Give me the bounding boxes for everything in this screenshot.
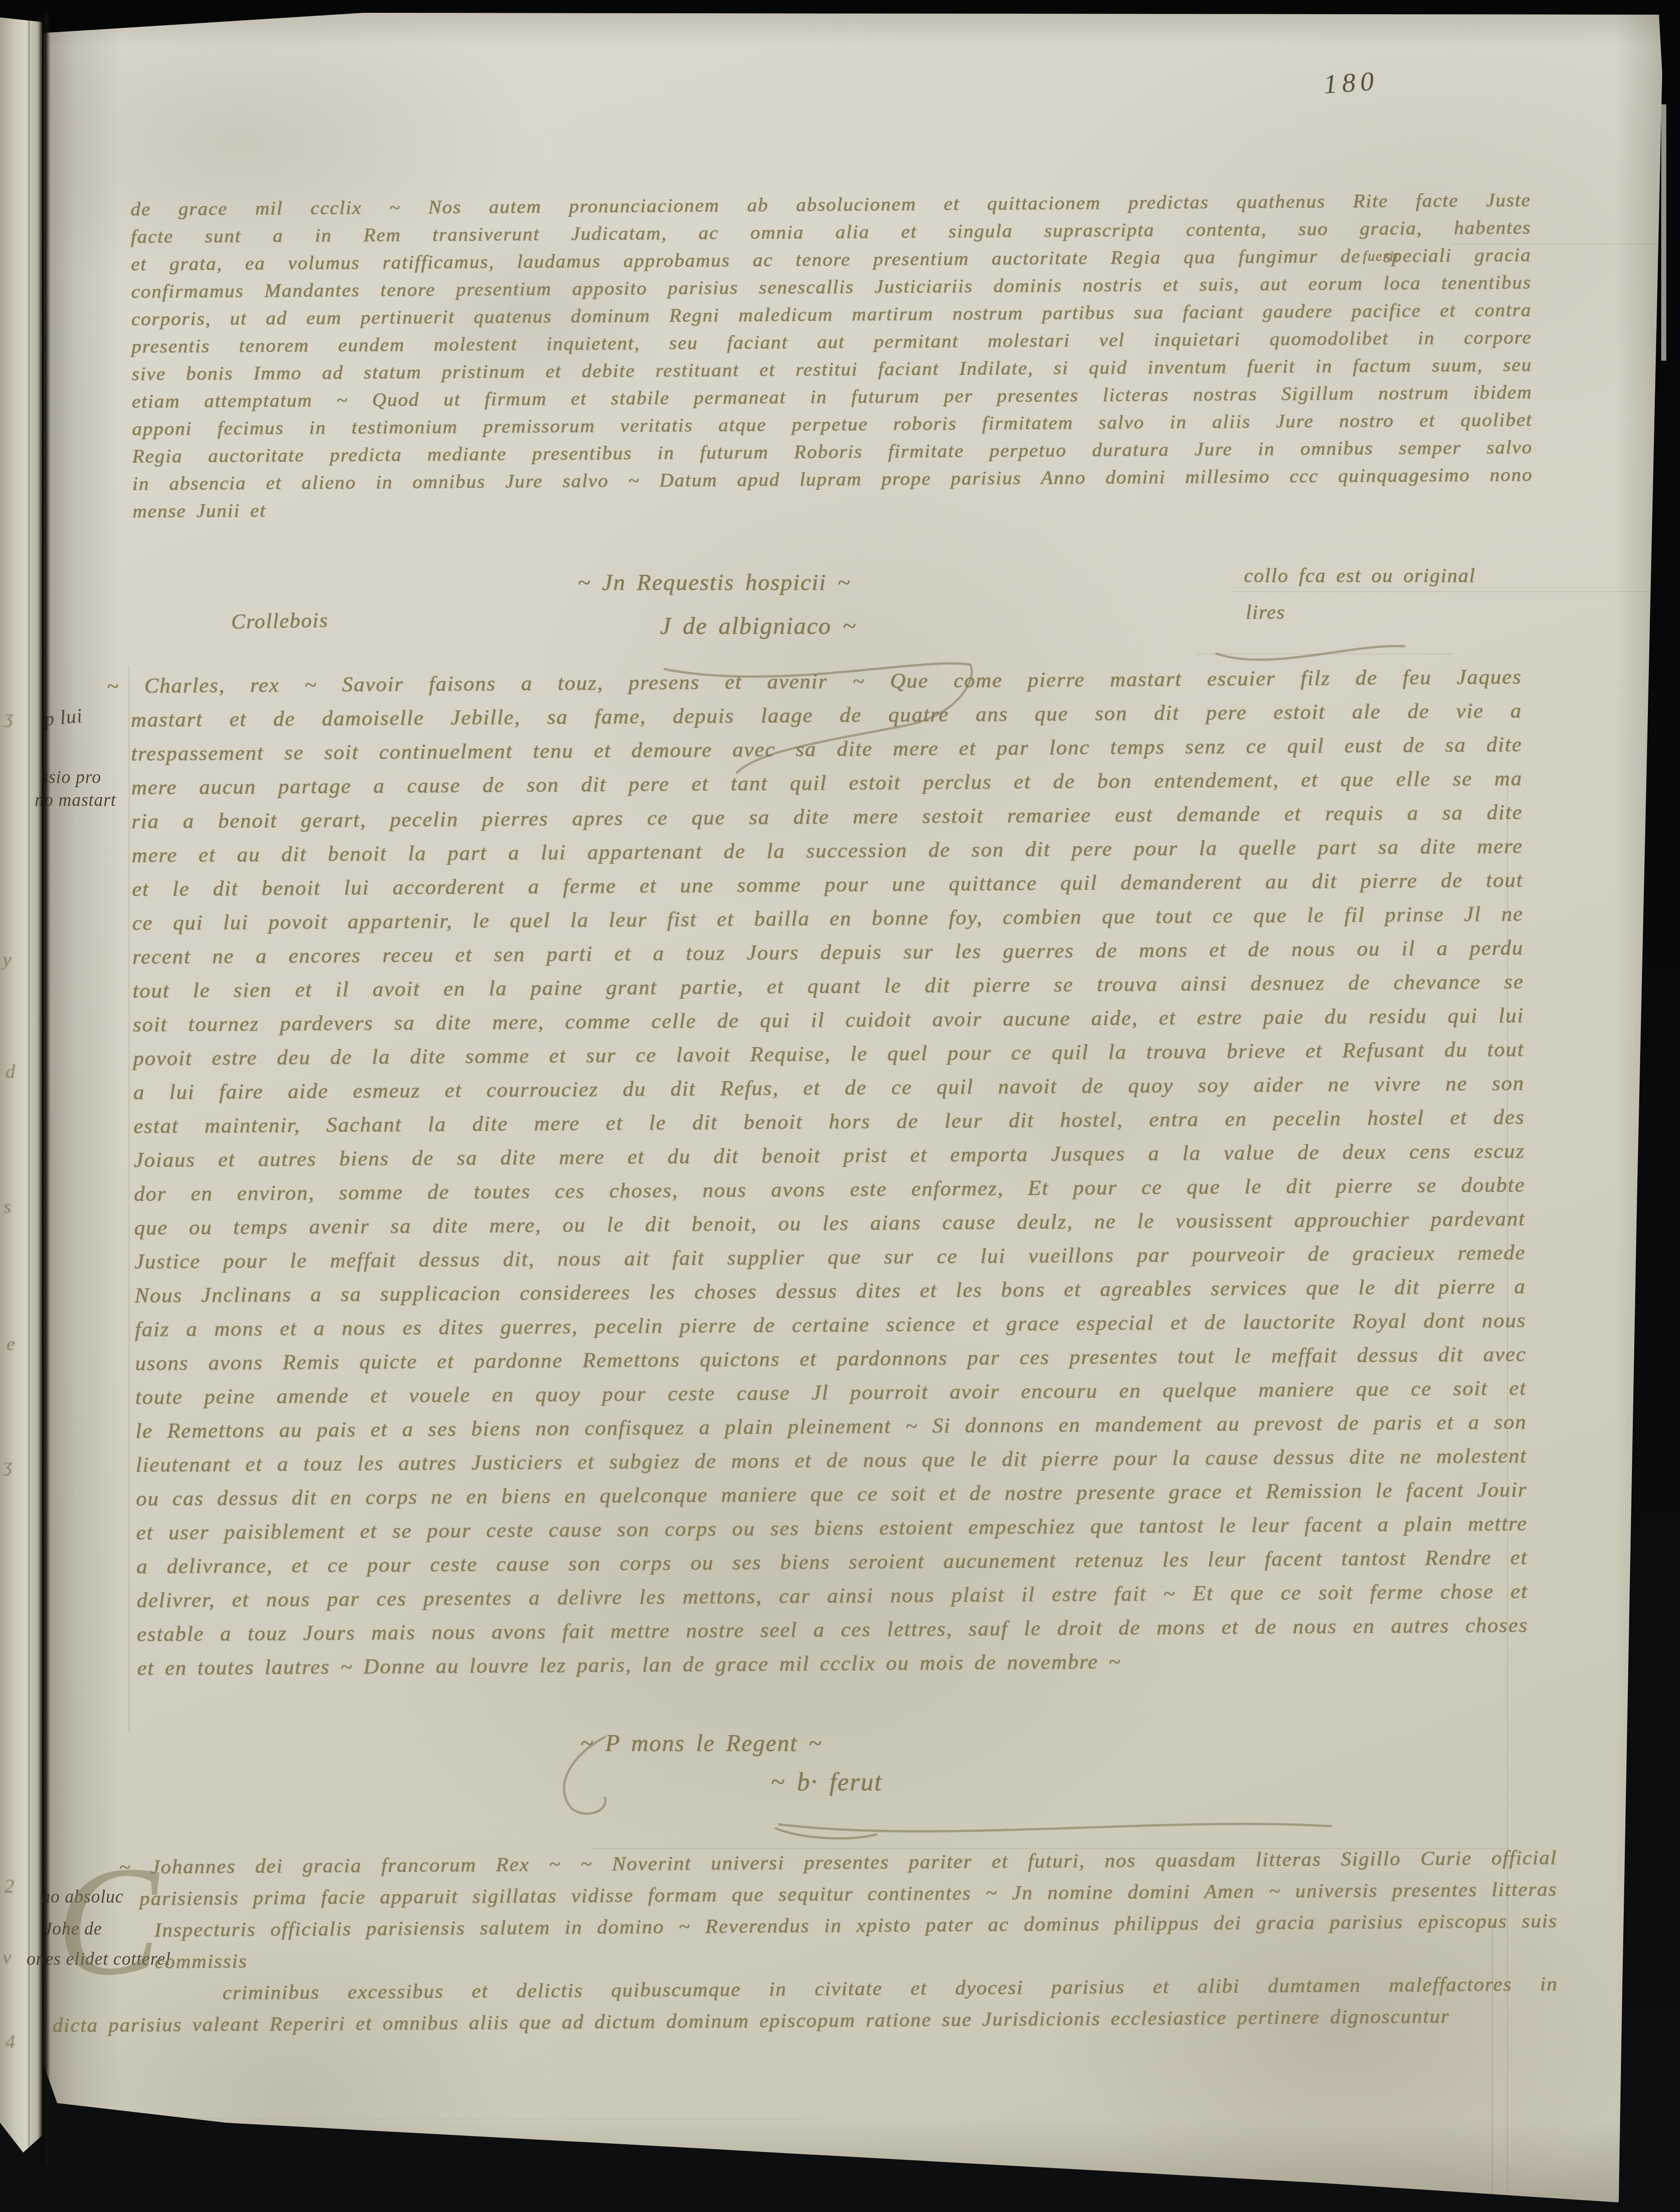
edge-ink-fragment: v (3, 1947, 11, 1969)
adjacent-folio-edge: ʒ y d s e ʒ 2 v 4 (0, 17, 42, 2153)
edge-ink-fragment: y (3, 949, 11, 971)
manuscript-text-line: Inspecturis officialis parisiensis salut… (154, 1905, 1558, 1977)
folio-number: 180 (1323, 65, 1380, 100)
text-block-latin-confirmation: de grace mil ccclix ~ Nos autem pronunci… (130, 187, 1533, 525)
text-block-french-remission: ~ Charles, rex ~ Savoir faisons a touz, … (130, 660, 1529, 1685)
gutter-shadow (38, 14, 50, 2165)
edge-ink-fragment: 2 (5, 1876, 14, 1898)
interlinear-addition: fuerit (1363, 248, 1399, 265)
collation-note-line: collo fca est ou original (1244, 564, 1475, 587)
edge-ink-fragment: d (5, 1061, 15, 1083)
chancery-subscription: ~ P mons le Regent ~ (580, 1730, 822, 1757)
horizontal-ruling (1197, 654, 1453, 654)
edge-ink-fragment: ʒ (4, 1455, 12, 1476)
manuscript-scan: ʒ y d s e ʒ 2 v 4 180 de grace mil cccli… (0, 0, 1680, 2212)
registration-signature: J de albigniaco ~ (660, 612, 857, 640)
edge-ink-fragment: e (6, 1333, 15, 1355)
clerk-signature-center: ~ b· ferut (771, 1768, 882, 1797)
edge-ink-fragment: 4 (5, 2031, 15, 2053)
left-margin-ruling (129, 666, 130, 1732)
collation-note-line: lires (1246, 600, 1286, 624)
edge-ink-fragment: ʒ (5, 706, 13, 728)
page-edge-sliver (1661, 104, 1666, 361)
clerk-signature-left: Crollebois (231, 608, 329, 634)
text-block-latin-vidimus: ~ Johannes dei gracia francorum Rex ~ ~ … (51, 1842, 1558, 2041)
horizontal-ruling (181, 2118, 821, 2119)
gutter-crease (28, 17, 30, 2153)
registration-heading: ~ Jn Requestis hospicii ~ (578, 569, 851, 596)
horizontal-ruling (1233, 591, 1664, 592)
edge-ink-fragment: s (4, 1196, 11, 1218)
